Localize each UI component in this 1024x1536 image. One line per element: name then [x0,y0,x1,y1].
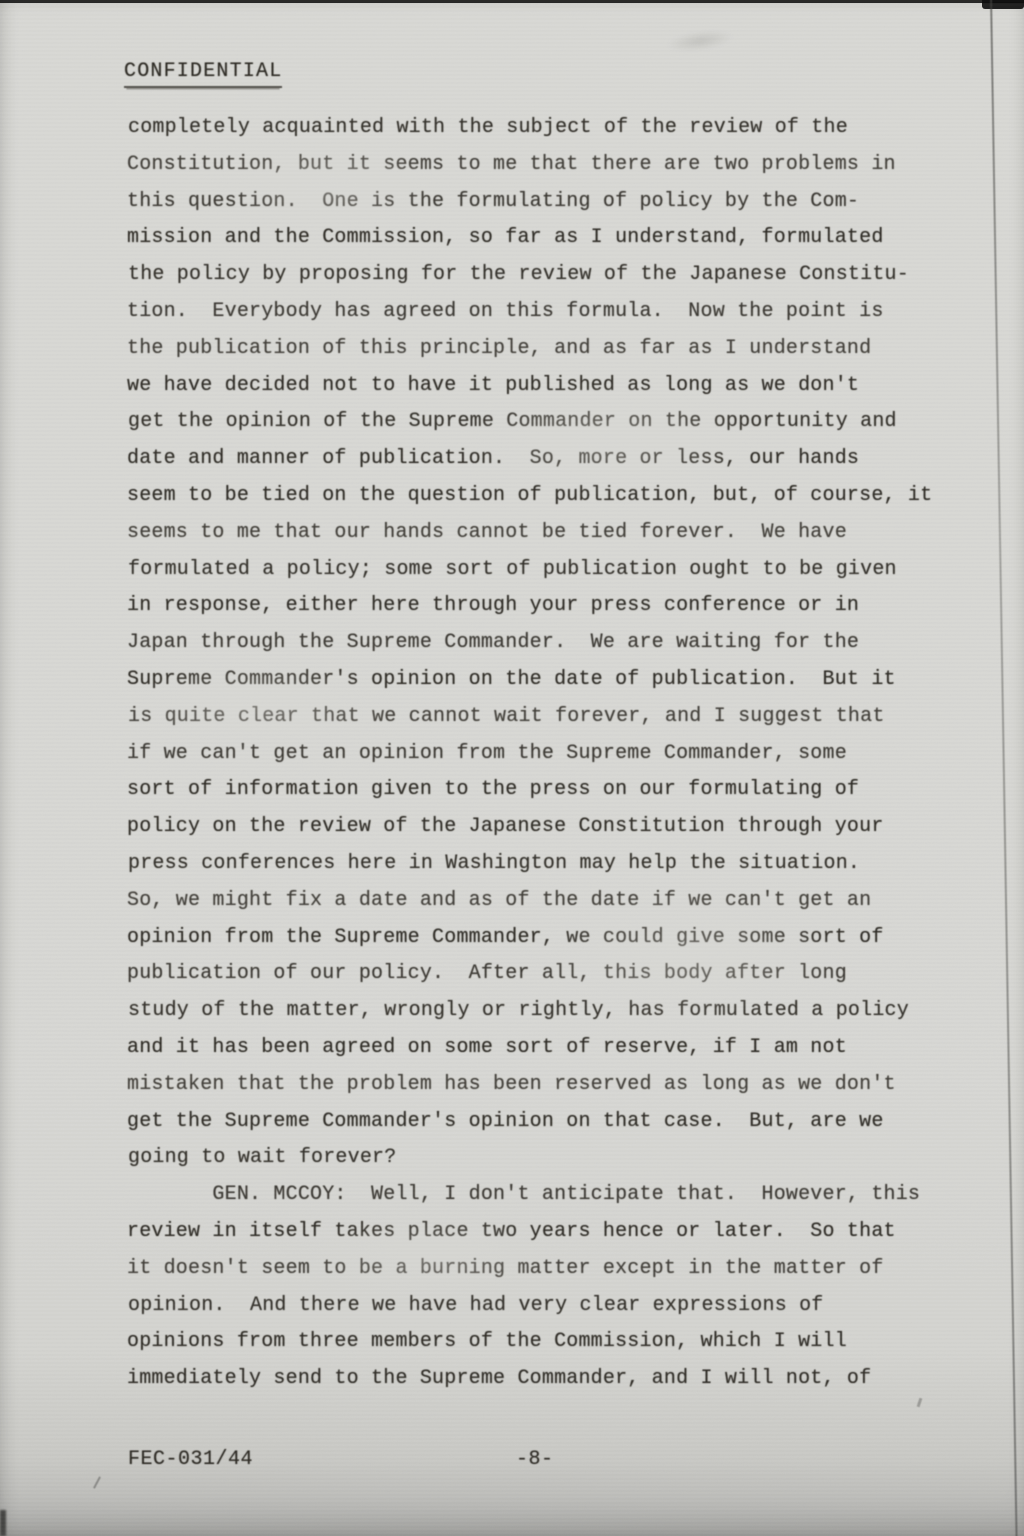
text-line: tion. Everybody has agreed on this formu… [127,294,932,331]
text-line: formulated a policy; some sort of public… [128,552,933,589]
text-line: publication of our policy. After all, th… [127,956,932,993]
text-line: press conferences here in Washington may… [128,846,933,883]
text-line: opinion. And there we have had very clea… [128,1288,933,1325]
text-line: mission and the Commission, so far as I … [127,220,932,257]
text-line: immediately send to the Supreme Commande… [127,1361,932,1398]
document-body: completely acquainted with the subject o… [127,110,932,1398]
text-line: the policy by proposing for the review o… [128,257,933,294]
text-line: in response, either here through your pr… [127,588,932,625]
text-line: completely acquainted with the subject o… [128,110,933,147]
text-line: So, we might fix a date and as of the da… [127,883,932,920]
document-number: FEC-031/44 [128,1448,253,1471]
text-line: date and manner of publication. So, more… [127,441,932,478]
page-number: -8- [516,1448,554,1471]
text-line: Constitution, but it seems to me that th… [127,147,932,184]
text-line: it doesn't seem to be a burning matter e… [127,1251,932,1288]
text-line: get the Supreme Commander's opinion on t… [127,1104,932,1141]
page-fold-crease [990,0,1017,1536]
text-line: opinion from the Supreme Commander, we c… [127,920,932,957]
text-line: study of the matter, wrongly or rightly,… [128,993,933,1030]
text-line: mistaken that the problem has been reser… [127,1067,932,1104]
text-line: opinions from three members of the Commi… [127,1324,932,1361]
text-line: sort of information given to the press o… [127,772,932,809]
text-line: policy on the review of the Japanese Con… [127,809,932,846]
scan-smudge [654,22,747,60]
scan-bottom-left-mark [0,1510,6,1536]
text-line: Japan through the Supreme Commander. We … [127,625,932,662]
text-line: is quite clear that we cannot wait forev… [128,699,933,736]
text-line: get the opinion of the Supreme Commander… [128,404,933,441]
text-line: if we can't get an opinion from the Supr… [127,736,932,773]
text-line: we have decided not to have it published… [127,368,932,405]
scan-top-right-mark [982,0,1024,9]
text-line: review in itself takes place two years h… [127,1214,932,1251]
text-line: seems to me that our hands cannot be tie… [127,515,932,552]
pencil-mark [93,1476,101,1488]
scan-top-edge [0,0,1024,3]
text-line: Supreme Commander's opinion on the date … [127,662,932,699]
text-line: the publication of this principle, and a… [127,331,932,368]
classification-stamp: CONFIDENTIAL [124,60,282,88]
text-line: going to wait forever? [128,1140,933,1177]
text-line: this question. One is the formulating of… [127,184,932,221]
text-line: and it has been agreed on some sort of r… [127,1030,932,1067]
text-line: seem to be tied on the question of publi… [127,478,932,515]
stray-ink-mark [917,1398,923,1407]
text-line: GEN. MCCOY: Well, I don't anticipate tha… [127,1177,932,1214]
scanned-document-page: CONFIDENTIAL completely acquainted with … [0,0,1024,1536]
